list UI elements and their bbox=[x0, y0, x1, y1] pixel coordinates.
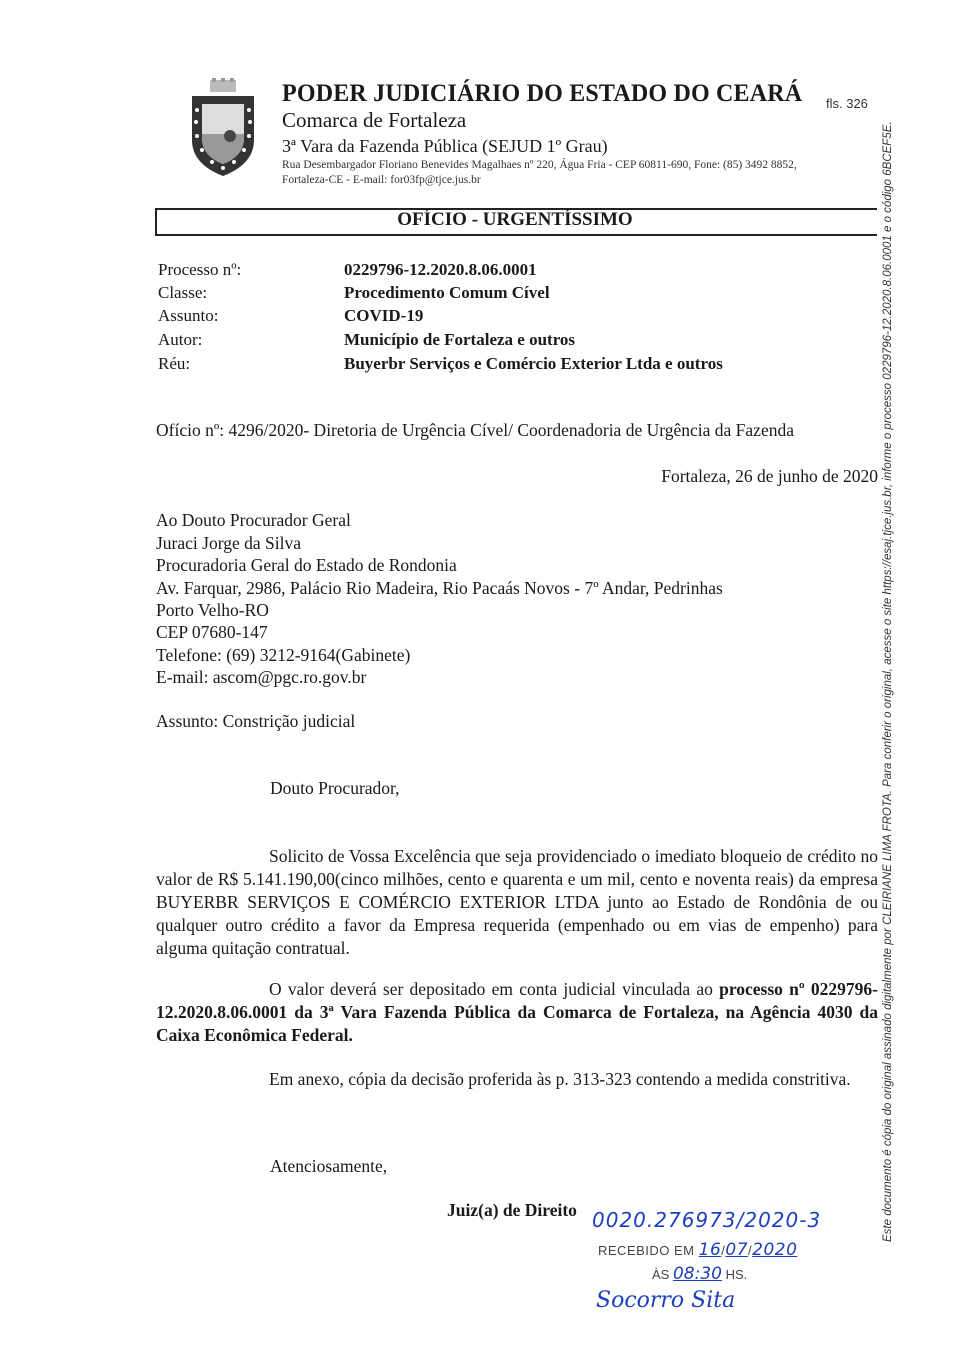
court-address-line2: Fortaleza-CE - E-mail: for03fp@tjce.jus.… bbox=[282, 173, 797, 188]
paragraph-deposit-plain: O valor deverá ser depositado em conta j… bbox=[269, 979, 719, 999]
recipient-line: Av. Farquar, 2986, Palácio Rio Madeira, … bbox=[156, 578, 723, 599]
court-address: Rua Desembargador Floriano Benevides Mag… bbox=[282, 158, 797, 188]
vara-name: 3ª Vara da Fazenda Pública (SEJUD 1º Gra… bbox=[282, 136, 608, 157]
recipient-email: E-mail: ascom@pgc.ro.gov.br bbox=[156, 667, 366, 688]
salutation: Douto Procurador, bbox=[270, 778, 400, 799]
received-stamp: RECEBIDO EM 16/07/2020 bbox=[598, 1240, 797, 1260]
paragraph-request-text: Solicito de Vossa Excelência que seja pr… bbox=[156, 846, 878, 958]
paragraph-request: Solicito de Vossa Excelência que seja pr… bbox=[156, 845, 878, 960]
meta-label-classe: Classe: bbox=[158, 283, 207, 303]
coat-of-arms-icon bbox=[186, 78, 260, 178]
received-label: RECEBIDO EM bbox=[598, 1243, 695, 1258]
handwritten-signature: Socorro Sita bbox=[596, 1288, 735, 1313]
meta-label-assunto: Assunto: bbox=[158, 306, 218, 326]
meta-label-processo: Processo nº: bbox=[158, 260, 241, 280]
meta-value-processo: 0229796-12.2020.8.06.0001 bbox=[344, 260, 537, 280]
subject-line: Assunto: Constrição judicial bbox=[156, 711, 355, 732]
received-time-stamp: ÀS 08:30 HS. bbox=[652, 1264, 747, 1284]
hours-label: HS. bbox=[726, 1267, 748, 1282]
recipient-line: Telefone: (69) 3212-9164(Gabinete) bbox=[156, 645, 410, 666]
closing: Atenciosamente, bbox=[270, 1156, 387, 1177]
recipient-line: Procuradoria Geral do Estado de Rondonia bbox=[156, 555, 457, 576]
protocol-stamp-number: 0020.276973/2020-3 bbox=[592, 1208, 821, 1232]
paragraph-annex: Em anexo, cópia da decisão proferida às … bbox=[156, 1068, 878, 1091]
meta-value-classe: Procedimento Comum Cível bbox=[344, 283, 550, 303]
meta-label-reu: Réu: bbox=[158, 354, 190, 374]
recipient-line: Ao Douto Procurador Geral bbox=[156, 510, 351, 531]
date-line: Fortaleza, 26 de junho de 2020 bbox=[661, 466, 878, 487]
time-label: ÀS bbox=[652, 1267, 669, 1282]
meta-label-autor: Autor: bbox=[158, 330, 202, 350]
recipient-line: Porto Velho-RO bbox=[156, 600, 269, 621]
oficio-number: Ofício nº: 4296/2020- Diretoria de Urgên… bbox=[156, 420, 794, 441]
meta-value-reu: Buyerbr Serviços e Comércio Exterior Ltd… bbox=[344, 354, 723, 374]
time-value: 08:30 bbox=[673, 1264, 722, 1284]
digital-signature-notice: Este documento é cópia do original assin… bbox=[882, 112, 894, 1242]
received-day: 16 bbox=[699, 1240, 722, 1260]
page-reference: fls. 326 bbox=[826, 96, 868, 111]
court-address-line1: Rua Desembargador Floriano Benevides Mag… bbox=[282, 158, 797, 173]
document-type: OFÍCIO - URGENTÍSSIMO bbox=[155, 209, 875, 231]
recipient-line: Juraci Jorge da Silva bbox=[156, 533, 301, 554]
received-year: 2020 bbox=[752, 1240, 797, 1260]
meta-value-autor: Município de Fortaleza e outros bbox=[344, 330, 575, 350]
meta-value-assunto: COVID-19 bbox=[344, 306, 423, 326]
comarca-name: Comarca de Fortaleza bbox=[282, 108, 466, 133]
recipient-line: CEP 07680-147 bbox=[156, 622, 268, 643]
court-title: PODER JUDICIÁRIO DO ESTADO DO CEARÁ bbox=[282, 80, 802, 108]
signature-title: Juiz(a) de Direito bbox=[447, 1200, 577, 1221]
paragraph-annex-text: Em anexo, cópia da decisão proferida às … bbox=[269, 1069, 851, 1089]
paragraph-deposit: O valor deverá ser depositado em conta j… bbox=[156, 978, 878, 1047]
received-month: 07 bbox=[725, 1240, 748, 1260]
